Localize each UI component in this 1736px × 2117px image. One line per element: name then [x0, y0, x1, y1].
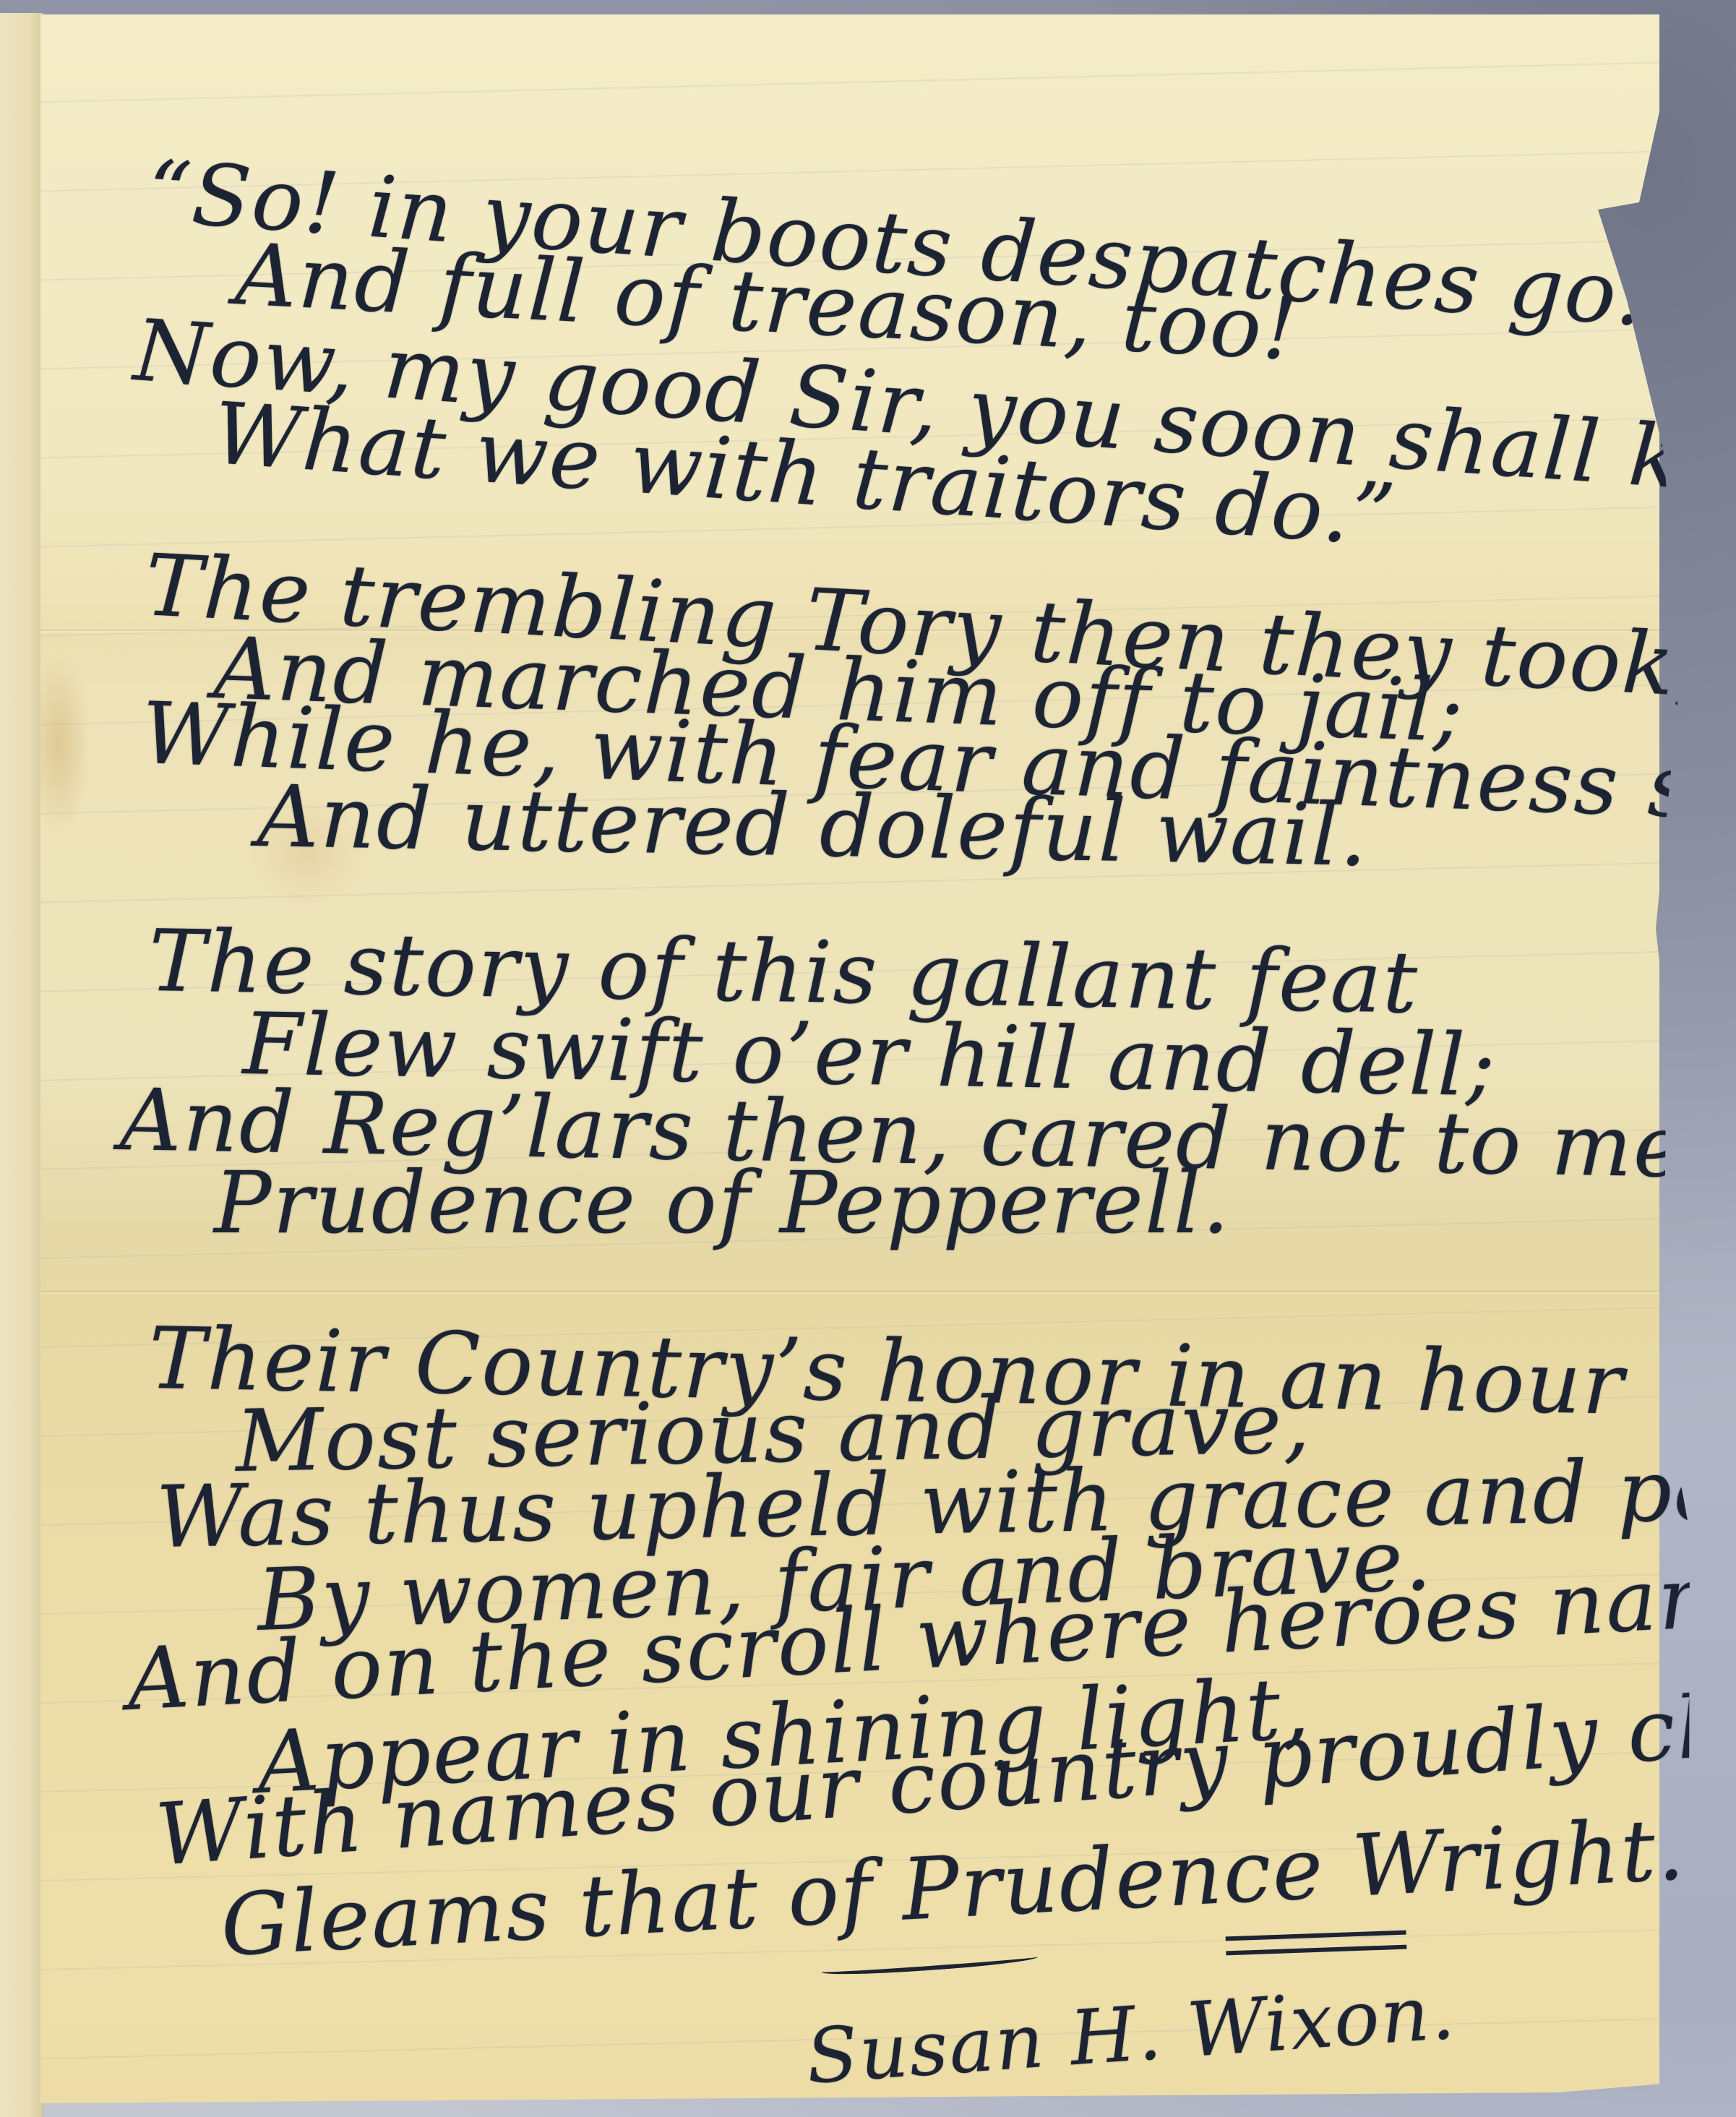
poem-line: Prudence of Pepperell.	[214, 1153, 1231, 1253]
manuscript-sheet: “So! in your boots despatches go! And fu…	[40, 14, 1659, 2103]
fold-crease	[40, 1290, 1659, 1294]
left-page-edge	[0, 13, 43, 2117]
poem-line: And uttered doleful wail.	[257, 766, 1370, 885]
